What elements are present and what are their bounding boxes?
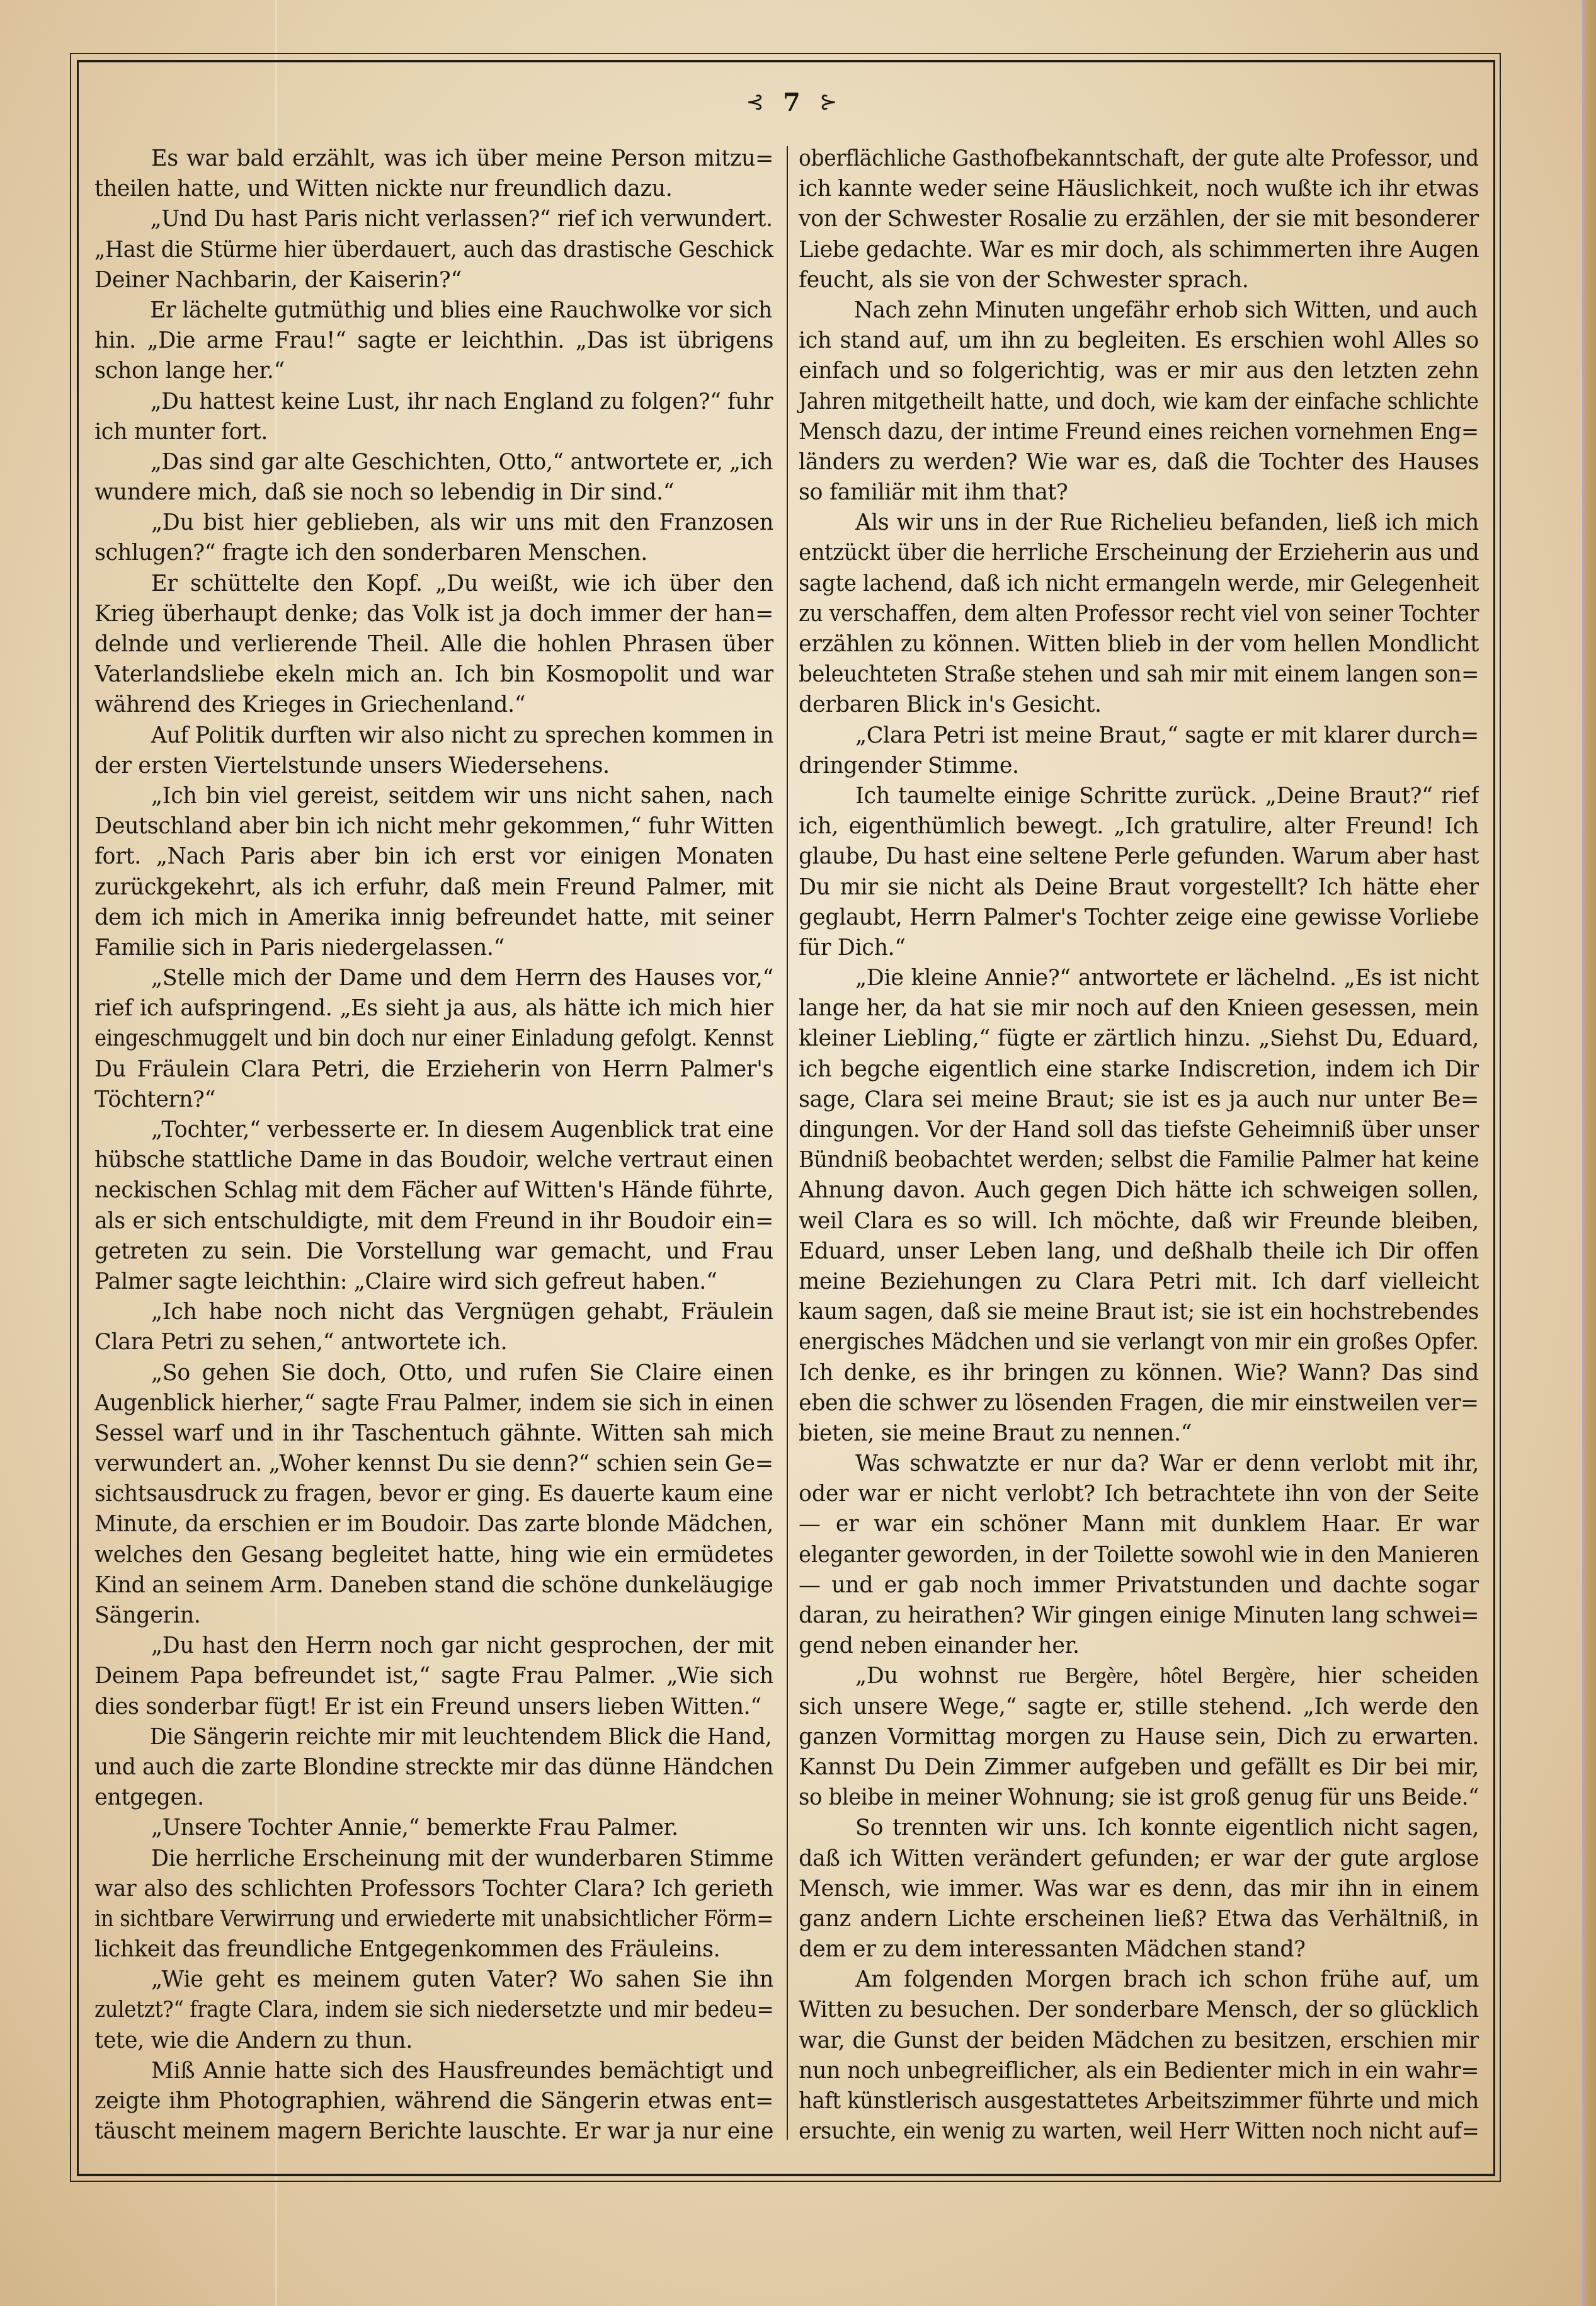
text-line: einfach und so folgerichtig, was er mir … [799,356,1479,386]
text-line: so bleibe in meiner Wohnung; sie ist gro… [799,1783,1479,1813]
text-line: Ahnung davon. Auch gegen Dich hätte ich … [799,1175,1479,1206]
text-line: welches den Gesang begleitet hatte, hing… [94,1540,773,1570]
text-line: meine Beziehungen zu Clara Petri mit. Ic… [799,1267,1479,1297]
text-line: zeigte ihm Photographien, während die Sä… [94,2086,773,2116]
text-line: sagte lachend, daß ich nicht ermangeln w… [799,569,1479,599]
text-line: Minute, da erschien er im Boudoir. Das z… [94,1509,773,1539]
text-line: lange her, da hat sie mir noch auf den K… [799,993,1479,1024]
text-column-left: Es war bald erzählt, was ich über meine … [94,144,773,2147]
text-line: Liebe gedachte. War es mir doch, als sch… [799,235,1479,265]
text-line: fort. „Nach Paris aber bin ich erst vor … [94,842,773,872]
text-line: dem er zu dem interessanten Mädchen stan… [799,1934,1479,1965]
text-line: „Das sind gar alte Geschichten, Otto,“ a… [94,447,829,477]
text-line: dem ich mich in Amerika innig befreundet… [94,903,773,933]
text-line: Miß Annie hatte sich des Hausfreundes be… [94,2056,773,2086]
text-line: Augenblick hierher,“ sagte Frau Palmer, … [94,1388,773,1418]
text-line: sichtsausdruck zu fragen, bevor er ging.… [94,1479,773,1509]
text-line: „Du hast den Herrn noch gar nicht gespro… [94,1631,773,1661]
text-line: hin. „Die arme Frau!“ sagte er leichthin… [94,326,773,356]
text-line: ich kannte weder seine Häuslichkeit, noc… [799,174,1479,204]
text-line: „Du wohnst rue Bergère, hôtel Bergère, h… [799,1661,1479,1691]
text-line: zuletzt?“ fragte Clara, indem sie sich n… [94,1995,773,2025]
text-line: tete, wie die Andern zu thun. [94,2026,773,2056]
text-line: Auf Politik durften wir also nicht zu sp… [94,721,830,751]
text-line: ich begche eigentlich eine starke Indisc… [799,1054,1479,1085]
text-line: „Clara Petri ist meine Braut,“ sagte er … [799,721,1479,751]
text-line: verwundert an. „Woher kennst Du sie denn… [94,1449,773,1479]
text-line: So trennten wir uns. Ich konnte eigentli… [799,1813,1479,1843]
column-divider [787,146,788,2140]
ornament-left-icon: ⊰ [746,91,765,113]
text-line: und auch die zarte Blondine streckte mir… [94,1752,773,1783]
text-line: eleganter geworden, in der Toilette sowo… [799,1540,1479,1570]
text-line: hübsche stattliche Dame in das Boudoir, … [94,1145,773,1175]
text-line: getreten zu sein. Die Vorstellung war ge… [94,1236,773,1267]
text-line: eingeschmuggelt und bin doch nur einer E… [94,1024,773,1054]
text-line: „Tochter,“ verbesserte er. In diesem Aug… [94,1115,773,1145]
text-line: ganz andern Lichte erscheinen ließ? Etwa… [799,1904,1479,1934]
text-line: erzählen zu können. Witten blieb in der … [799,629,1479,659]
page-number: 7 [783,88,801,117]
text-line: Die Sängerin reichte mir mit leuchtendem… [94,1722,829,1752]
antiqua-phrase: hôtel Bergère [1160,1664,1290,1688]
text-line: daß ich Witten verändert gefunden; er wa… [799,1844,1479,1874]
text-line: schlugen?“ fragte ich den sonderbaren Me… [94,538,773,568]
text-line: bieten, sie meine Braut zu nennen.“ [799,1418,1479,1449]
text-line: täuscht meinem magern Berichte lauschte.… [94,2116,773,2147]
page-edge [1582,0,1596,2306]
text-line: Du Fräulein Clara Petri, die Erzieherin … [94,1054,773,1085]
text-fragment: „Du wohnst [855,1664,1018,1689]
text-line: als er sich entschuldigte, mit dem Freun… [94,1206,773,1236]
text-line: „Stelle mich der Dame und dem Herrn des … [94,963,773,993]
text-line: ich, eigenthümlich bewegt. „Ich gratulir… [799,811,1479,842]
text-line: energisches Mädchen und sie verlangt von… [799,1327,1479,1357]
text-line: Die herrliche Erscheinung mit der wunder… [94,1844,773,1874]
text-line: theilen hatte, und Witten nickte nur fre… [94,174,773,204]
text-line: „Unsere Tochter Annie,“ bemerkte Frau Pa… [94,1813,773,1843]
text-line: neckischen Schlag mit dem Fächer auf Wit… [94,1175,773,1206]
text-line: war also des schlichten Professors Tocht… [94,1874,773,1904]
text-line: oder war er nicht verlobt? Ich betrachte… [799,1479,1479,1509]
text-line: beleuchteten Straße stehen und sah mir m… [799,659,1479,690]
text-line: „So gehen Sie doch, Otto, und rufen Sie … [94,1358,773,1388]
text-line: wundere mich, daß sie noch so lebendig i… [94,477,773,508]
text-line: ganzen Vormittag morgen zu Hause sein, D… [799,1722,1479,1752]
text-line: „Die kleine Annie?“ antwortete er lächel… [799,963,1479,993]
text-line: Sessel warf und in ihr Taschentuch gähnt… [94,1418,773,1449]
text-line: „Du bist hier geblieben, als wir uns mit… [94,508,773,538]
text-line: ersuchte, ein wenig zu warten, weil Herr… [799,2116,1479,2147]
text-line: feucht, als sie von der Schwester sprach… [799,265,1479,295]
text-line: „Wie geht es meinem guten Vater? Wo sahe… [94,1965,773,1995]
text-line: der ersten Viertelstunde unsers Wiederse… [94,751,773,781]
text-line: „Du hattest keine Lust, ihr nach England… [94,387,829,417]
text-line: von der Schwester Rosalie zu erzählen, d… [799,204,1479,234]
text-line: ich stand auf, um ihn zu begleiten. Es e… [799,326,1479,356]
text-line: weil Clara es so will. Ich möchte, daß w… [799,1206,1479,1236]
text-line: Als wir uns in der Rue Richelieu befande… [799,508,1479,538]
text-line: geglaubt, Herrn Palmer's Tochter zeige e… [799,903,1479,933]
text-line: Mensch, wie immer. Was war es denn, das … [799,1874,1479,1904]
text-line: oberflächliche Gasthofbekanntschaft, der… [799,144,1479,174]
text-line: schon lange her.“ [94,356,773,386]
text-line: sage, Clara sei meine Braut; sie ist es … [799,1085,1479,1115]
text-line: in sichtbare Verwirrung und erwiederte m… [94,1904,773,1934]
text-line: während des Krieges in Griechenland.“ [94,690,773,720]
text-line: Mensch dazu, der intime Freund eines rei… [799,417,1479,447]
text-line: rief ich aufspringend. „Es sieht ja aus,… [94,993,773,1024]
text-line: — er war ein schöner Mann mit dunklem Ha… [799,1509,1479,1539]
text-line: lichkeit das freundliche Entgegenkommen … [94,1934,773,1965]
text-line: Du mir sie nicht als Deine Braut vorgest… [799,872,1479,903]
text-line: ich munter fort. [94,417,773,447]
text-line: delnde und verlierende Theil. Alle die h… [94,629,773,659]
text-line: Ich denke, es ihr bringen zu können. Wie… [799,1358,1479,1388]
text-line: Jahren mitgetheilt hatte, und doch, wie … [799,387,1479,417]
text-line: nun noch unbegreiflicher, als ein Bedien… [799,2056,1479,2086]
text-line: Kannst Du Dein Zimmer aufgeben und gefäl… [799,1752,1479,1783]
text-line: dringender Stimme. [799,751,1479,781]
text-line: für Dich.“ [799,933,1479,963]
text-line: Sängerin. [94,1601,773,1631]
text-line: Palmer sagte leichthin: „Claire wird sic… [94,1267,773,1297]
text-line: zu verschaffen, dem alten Professor rech… [799,599,1479,629]
text-line: Am folgenden Morgen brach ich schon früh… [799,1965,1479,1995]
text-line: „Ich bin viel gereist, seitdem wir uns n… [94,781,773,811]
text-line: länders zu werden? Wie war es, daß die T… [799,447,1479,477]
text-column-right: oberflächliche Gasthofbekanntschaft, der… [799,144,1479,2147]
text-line: Witten zu besuchen. Der sonderbare Mensc… [799,1995,1479,2025]
text-line: Deinem Papa befreundet ist,“ sagte Frau … [94,1661,773,1691]
text-line: sich unsere Wege,“ sagte er, stille steh… [799,1692,1479,1722]
text-line: — und er gab noch immer Privatstunden un… [799,1570,1479,1601]
text-line: glaube, Du hast eine seltene Perle gefun… [799,842,1479,872]
text-line: Kind an seinem Arm. Daneben stand die sc… [94,1570,773,1601]
text-line: dingungen. Vor der Hand soll das tiefste… [799,1115,1479,1145]
text-line: „Ich habe noch nicht das Vergnügen gehab… [94,1297,773,1327]
text-line: so familiär mit ihm that? [799,477,1479,508]
text-line: kleiner Liebling,“ fügte er zärtlich hin… [799,1024,1479,1054]
text-line: Er schüttelte den Kopf. „Du weißt, wie i… [94,569,773,599]
text-line: Was schwatzte er nur da? War er denn ver… [799,1449,1479,1479]
antiqua-phrase: rue Bergère [1018,1664,1132,1688]
text-line: entzückt über die herrliche Erscheinung … [799,538,1479,568]
text-line: Nach zehn Minuten ungefähr erhob sich Wi… [799,295,1534,326]
page-header: ⊰ 7 ⊱ [704,83,880,121]
text-line: zurückgekehrt, als ich erfuhr, daß mein … [94,872,773,903]
text-line: Familie sich in Paris niedergelassen.“ [94,933,773,963]
text-line: entgegen. [94,1783,773,1813]
text-line: „Und Du hast Paris nicht verlassen?“ rie… [94,204,829,234]
text-line: Bündniß beobachtet werden; selbst die Fa… [799,1145,1479,1175]
text-line: derbaren Blick in's Gesicht. [799,690,1479,720]
text-line: dies sonderbar fügt! Er ist ein Freund u… [94,1692,773,1722]
text-fragment: , [1132,1664,1160,1689]
text-line: haft künstlerisch ausgestattetes Arbeits… [799,2086,1479,2116]
text-line: Clara Petri zu sehen,“ antwortete ich. [94,1327,773,1357]
text-line: Deiner Nachbarin, der Kaiserin?“ [94,265,773,295]
text-line: daran, zu heirathen? Wir gingen einige M… [799,1601,1479,1631]
text-line: Er lächelte gutmüthig und blies eine Rau… [94,295,829,326]
text-line: gend neben einander her. [799,1631,1479,1661]
text-line: Eduard, unser Leben lang, und deßhalb th… [799,1236,1479,1267]
text-line: Deutschland aber bin ich nicht mehr geko… [94,811,773,842]
text-line: kaum sagen, daß sie meine Braut ist; sie… [799,1297,1479,1327]
ornament-right-icon: ⊱ [819,91,838,113]
text-line: Vaterlandsliebe ekeln mich an. Ich bin K… [94,659,773,690]
text-line: eben die schwer zu lösenden Fragen, die … [799,1388,1479,1418]
text-line: „Hast die Stürme hier überdauert, auch d… [94,235,773,265]
text-line: Töchtern?“ [94,1085,773,1115]
text-line: Es war bald erzählt, was ich über meine … [94,144,773,174]
text-line: Ich taumelte einige Schritte zurück. „De… [799,781,1479,811]
text-line: war, die Gunst der beiden Mädchen zu bes… [799,2026,1479,2056]
text-fragment: , hier scheiden [1290,1664,1479,1689]
text-line: Krieg überhaupt denke; das Volk ist ja d… [94,599,773,629]
